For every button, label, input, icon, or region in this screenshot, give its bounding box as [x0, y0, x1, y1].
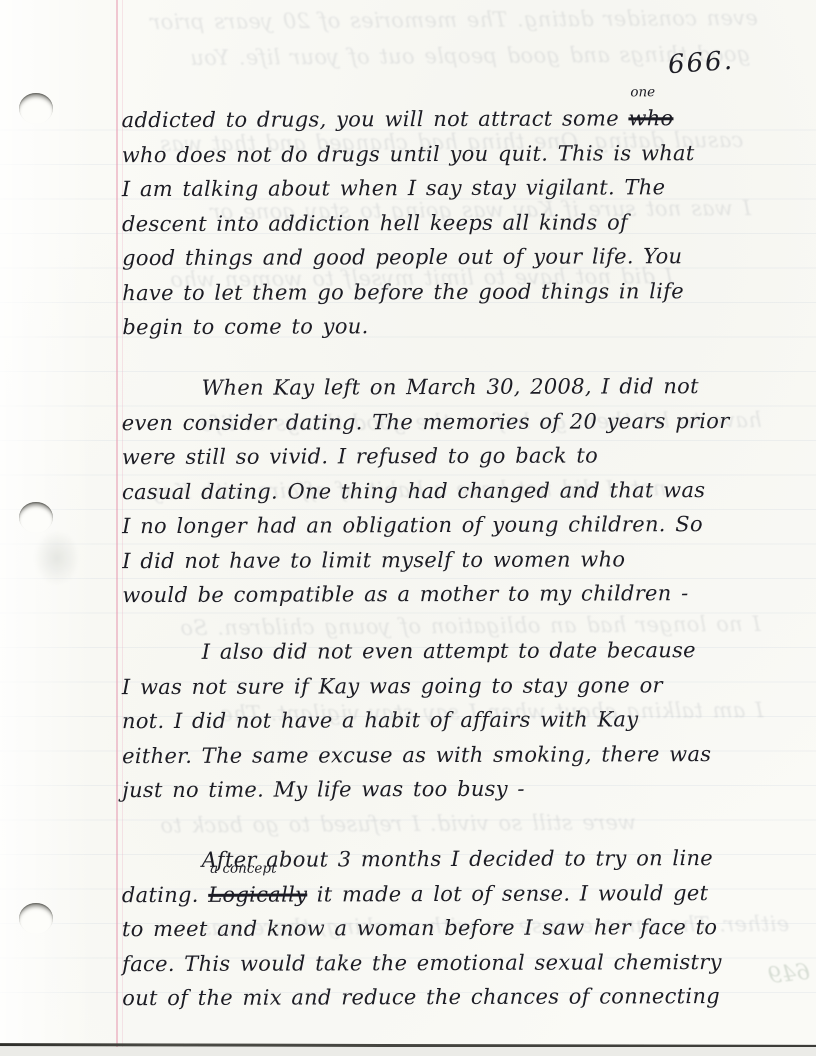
line-text: it made a lot of sense. I would get — [307, 881, 708, 906]
handwritten-line: I did not have to limit myself to women … — [122, 541, 770, 578]
margin-line — [116, 0, 118, 1056]
handwritten-line: I was not sure if Kay was going to stay … — [122, 667, 770, 704]
handwritten-line: begin to come to you. — [122, 308, 770, 345]
handwritten-line: out of the mix and reduce the chances of… — [122, 979, 770, 1016]
handwritten-line: to meet and know a woman before I saw he… — [122, 910, 770, 947]
handwritten-line: just no time. My life was too busy - — [122, 771, 770, 808]
handwritten-line: good things and good people out of your … — [122, 239, 770, 276]
corrected-word: Logicallya concept — [208, 877, 307, 912]
handwritten-line: descent into addiction hell keeps all ki… — [122, 204, 770, 241]
handwritten-line: have to let them go before the good thin… — [122, 273, 770, 310]
handwritten-line: I no longer had an obligation of young c… — [122, 507, 770, 544]
inserted-word: a concept — [210, 862, 276, 875]
bleedthrough-text: even consider dating. The memories of 20… — [150, 6, 758, 34]
punch-hole-bottom — [19, 903, 53, 934]
paragraph-2: When Kay left on March 30, 2008, I did n… — [122, 369, 771, 613]
handwritten-line: who does not do drugs until you quit. Th… — [122, 135, 770, 172]
bleedthrough-text: good things and good people out of your … — [190, 42, 750, 70]
corrected-word: whoone — [628, 101, 673, 136]
bleedthrough-text: were still so vivid. I refused to go bac… — [160, 810, 636, 837]
handwritten-line: would be compatible as a mother to my ch… — [122, 576, 770, 613]
line-text: addicted to drugs, you will not attract … — [122, 106, 619, 132]
handwritten-line: I also did not even attempt to date beca… — [122, 633, 770, 670]
handwritten-line: were still so vivid. I refused to go bac… — [122, 438, 770, 475]
handwritten-line: not. I did not have a habit of affairs w… — [122, 702, 770, 739]
scanner-bottom-strip — [0, 1047, 816, 1056]
handwritten-line: face. This would take the emotional sexu… — [122, 944, 770, 981]
bleedthrough-number: 649 — [767, 960, 811, 989]
paragraph-1: addicted to drugs, you will not attract … — [122, 101, 771, 345]
scanned-notebook-page: even consider dating. The memories of 20… — [0, 0, 816, 1056]
punch-hole-middle — [19, 502, 53, 533]
handwritten-line: I am talking about when I say stay vigil… — [122, 170, 770, 207]
paragraph-3: I also did not even attempt to date beca… — [122, 633, 771, 808]
page-number: 666. — [667, 46, 735, 81]
handwritten-line: dating. Logicallya concept it made a lot… — [122, 875, 770, 912]
handwritten-line: casual dating. One thing had changed and… — [122, 472, 770, 509]
punch-hole-top — [19, 93, 53, 124]
struck-word: Logically — [208, 882, 307, 906]
handwritten-line: either. The same excuse as with smoking,… — [122, 736, 770, 773]
paragraph-4: After about 3 months I decided to try on… — [122, 841, 771, 1016]
inserted-word: one — [630, 86, 655, 99]
handwritten-line: When Kay left on March 30, 2008, I did n… — [122, 369, 770, 406]
struck-word: who — [628, 106, 673, 130]
paper-smudge — [34, 530, 80, 586]
handwritten-line: even consider dating. The memories of 20… — [122, 403, 770, 440]
line-text: dating. — [122, 882, 208, 906]
handwritten-line: addicted to drugs, you will not attract … — [122, 101, 770, 138]
